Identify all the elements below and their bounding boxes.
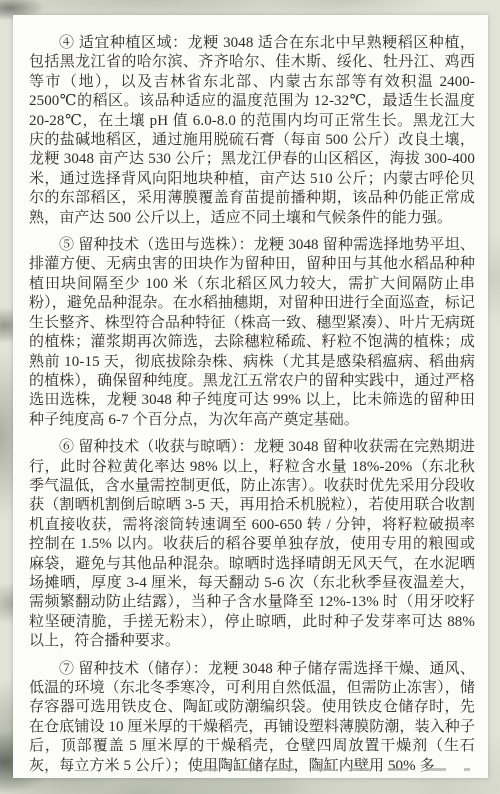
document-scan: ④ 适宜种植区域：龙粳 3048 适合在东北中早熟粳稻区种植，包括黑龙江省的哈尔… <box>0 0 500 794</box>
document-page: ④ 适宜种植区域：龙粳 3048 适合在东北中早熟粳稻区种植，包括黑龙江省的哈尔… <box>13 15 488 778</box>
paragraph-5-seed-field-selection: ⑤ 留种技术（选田与选株）：龙粳 3048 留种需选择地势平坦、排灌方便、无病虫… <box>29 236 475 430</box>
paragraph-6-harvest-and-drying: ⑥ 留种技术（收获与晾晒）：龙粳 3048 留种收获需在完熟期进行，此时谷粒黄化… <box>29 438 475 651</box>
faded-scan-artifact <box>198 768 470 771</box>
paragraph-4-growing-regions: ④ 适宜种植区域：龙粳 3048 适合在东北中早熟粳稻区种植，包括黑龙江省的哈尔… <box>29 34 475 228</box>
document-text-block: ④ 适宜种植区域：龙粳 3048 适合在东北中早熟粳稻区种植，包括黑龙江省的哈尔… <box>29 34 475 784</box>
paragraph-7-storage: ⑦ 留种技术（储存）：龙粳 3048 种子储存需选择干燥、通风、低温的环境（东北… <box>29 660 475 776</box>
